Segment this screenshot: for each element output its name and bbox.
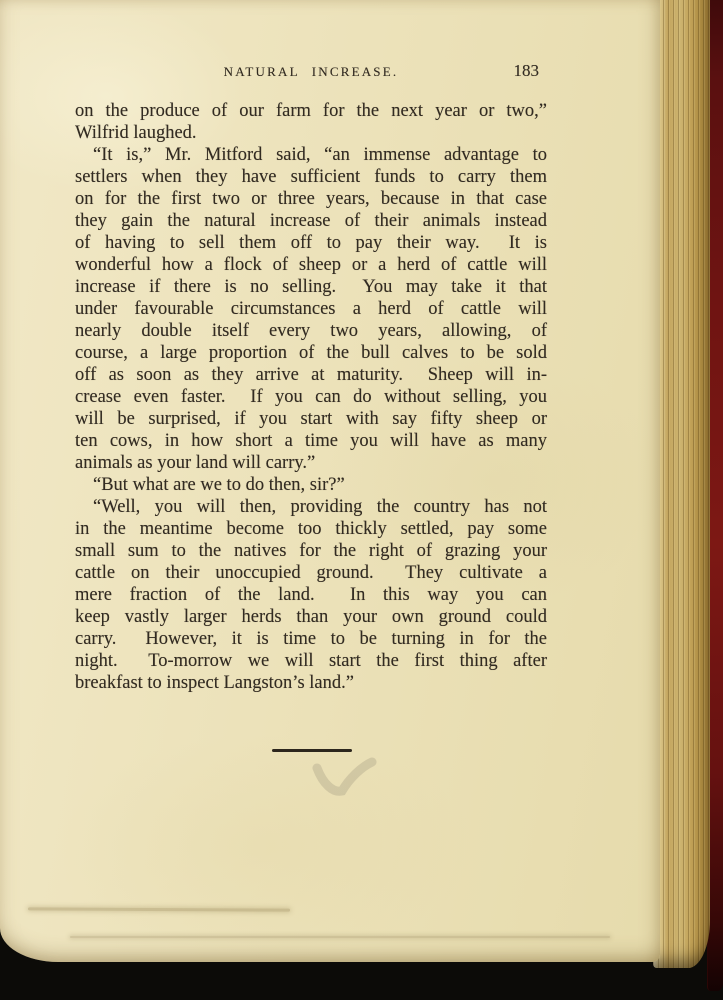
text-line: “Well, you will then, providing the coun… bbox=[75, 496, 547, 518]
under-page-edge bbox=[70, 936, 610, 938]
body-text: on the produce of our farm for the next … bbox=[75, 100, 547, 694]
text-line: they gain the natural increase of their … bbox=[75, 210, 547, 232]
text-line: keep vastly larger herds than your own g… bbox=[75, 606, 547, 628]
text-line: night. To-morrow we will start the first… bbox=[75, 650, 547, 672]
text-line: breakfast to inspect Langston’s land.” bbox=[75, 672, 547, 694]
text-line: increase if there is no selling. You may… bbox=[75, 276, 547, 298]
text-line: cattle on their unoccupied ground. They … bbox=[75, 562, 547, 584]
text-line: mere fraction of the land. In this way y… bbox=[75, 584, 547, 606]
page-number: 183 bbox=[514, 61, 540, 81]
text-line: course, a large proportion of the bull c… bbox=[75, 342, 547, 364]
text-line: “It is,” Mr. Mitford said, “an immense a… bbox=[75, 144, 547, 166]
text-line: nearly double itself every two years, al… bbox=[75, 320, 547, 342]
text-line: off as soon as they arrive at maturity. … bbox=[75, 364, 547, 386]
text-line: will be surprised, if you start with say… bbox=[75, 408, 547, 430]
text-line: “But what are we to do then, sir?” bbox=[75, 474, 547, 496]
text-line: Wilfrid laughed. bbox=[75, 122, 547, 144]
text-line: of having to sell them off to pay their … bbox=[75, 232, 547, 254]
smudge-mark bbox=[303, 752, 385, 804]
text-line: on the produce of our farm for the next … bbox=[75, 100, 547, 122]
text-line: on for the first two or three years, bec… bbox=[75, 188, 547, 210]
text-line: crease even faster. If you can do withou… bbox=[75, 386, 547, 408]
text-line: ten cows, in how short a time you will h… bbox=[75, 430, 547, 452]
text-line: under favourable circumstances a herd of… bbox=[75, 298, 547, 320]
text-line: small sum to the natives for the right o… bbox=[75, 540, 547, 562]
running-head: NATURAL INCREASE. 183 bbox=[75, 64, 547, 88]
text-line: in the meantime become too thickly settl… bbox=[75, 518, 547, 540]
text-line: settlers when they have sufficient funds… bbox=[75, 166, 547, 188]
text-line: carry. However, it is time to be turning… bbox=[75, 628, 547, 650]
text-line: wonderful how a flock of sheep or a herd… bbox=[75, 254, 547, 276]
under-page-edge bbox=[28, 907, 290, 911]
text-line: animals as your land will carry.” bbox=[75, 452, 547, 474]
page-header-title: NATURAL INCREASE. bbox=[75, 64, 547, 80]
book-page: NATURAL INCREASE. 183 on the produce of … bbox=[0, 0, 660, 962]
page-fore-edge-stack bbox=[653, 0, 710, 968]
scanned-book-photo: NATURAL INCREASE. 183 on the produce of … bbox=[0, 0, 723, 1000]
